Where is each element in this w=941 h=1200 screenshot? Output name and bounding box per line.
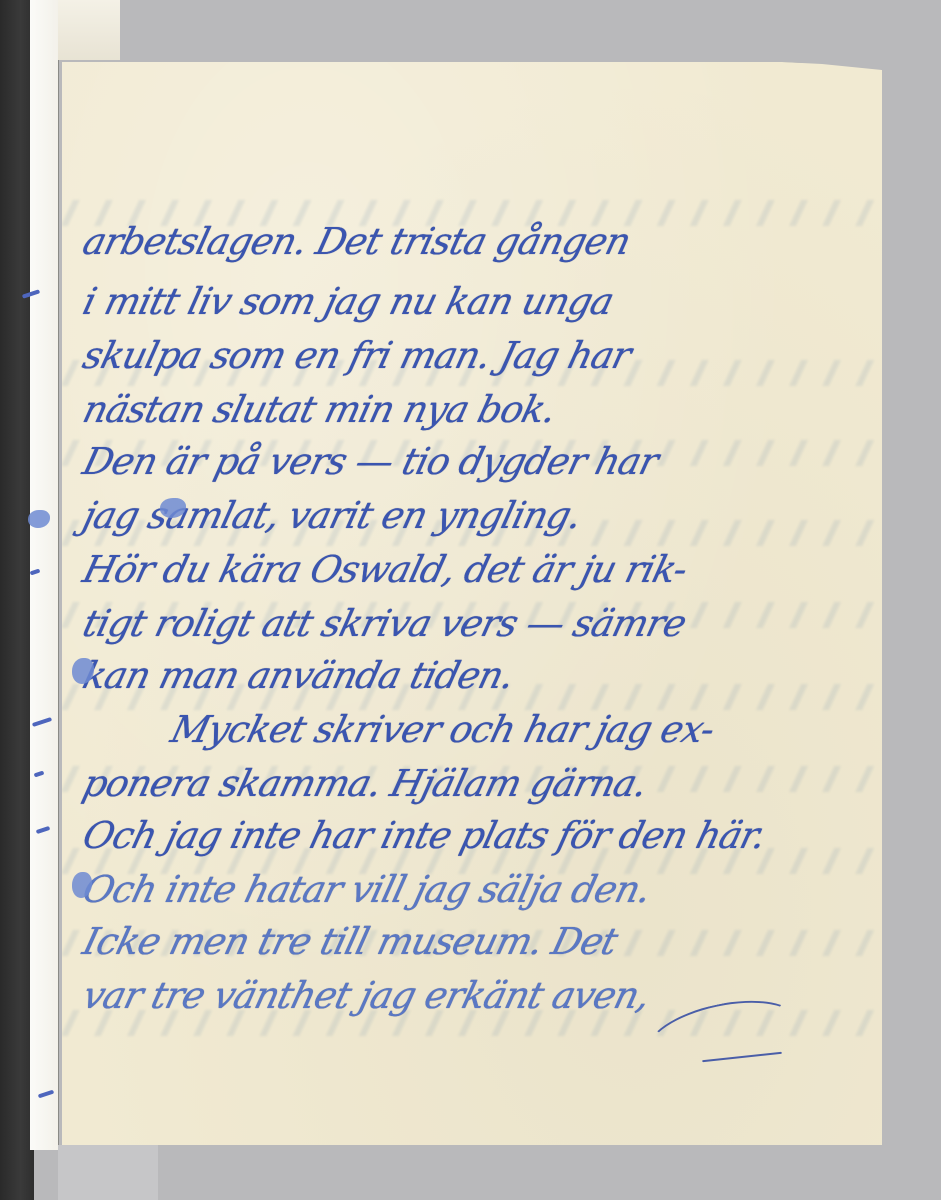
binder-tab bbox=[58, 0, 120, 60]
signature-flourish bbox=[641, 989, 805, 1084]
binder-spine bbox=[0, 0, 34, 1200]
handwritten-line: arbetslagen. Det trista gången bbox=[79, 220, 635, 263]
handwritten-line: Mycket skriver och har jag ex- bbox=[167, 708, 719, 751]
handwritten-line: tigt roligt att skriva vers — sämre bbox=[79, 602, 691, 645]
handwritten-line: i mitt liv som jag nu kan unga bbox=[79, 280, 618, 323]
handwritten-line: kan man använda tiden. bbox=[79, 654, 519, 697]
handwritten-line: ponera skamma. Hjälam gärna. bbox=[79, 762, 652, 805]
handwritten-line: Den är på vers — tio dygder har bbox=[79, 440, 663, 483]
binder-page-edge bbox=[30, 0, 59, 1150]
handwritten-line: nästan slutat min nya bok. bbox=[79, 388, 561, 431]
handwritten-line: skulpa som en fri man. Jag har bbox=[79, 334, 635, 377]
handwritten-line: Och inte hatar vill jag sälja den. bbox=[79, 868, 655, 911]
handwritten-line: Och jag inte har inte plats för den här. bbox=[79, 814, 770, 857]
binder-bottom-strip bbox=[58, 1145, 158, 1200]
handwritten-line: var tre vänthet jag erkänt aven, bbox=[79, 974, 654, 1017]
handwritten-line: Hör du kära Oswald, det är ju rik- bbox=[79, 548, 692, 591]
handwritten-line: jag samlat, varit en yngling. bbox=[79, 494, 586, 537]
handwritten-line: Icke men tre till museum. Det bbox=[79, 920, 622, 963]
letter-page: arbetslagen. Det trista gången i mitt li… bbox=[62, 62, 882, 1145]
